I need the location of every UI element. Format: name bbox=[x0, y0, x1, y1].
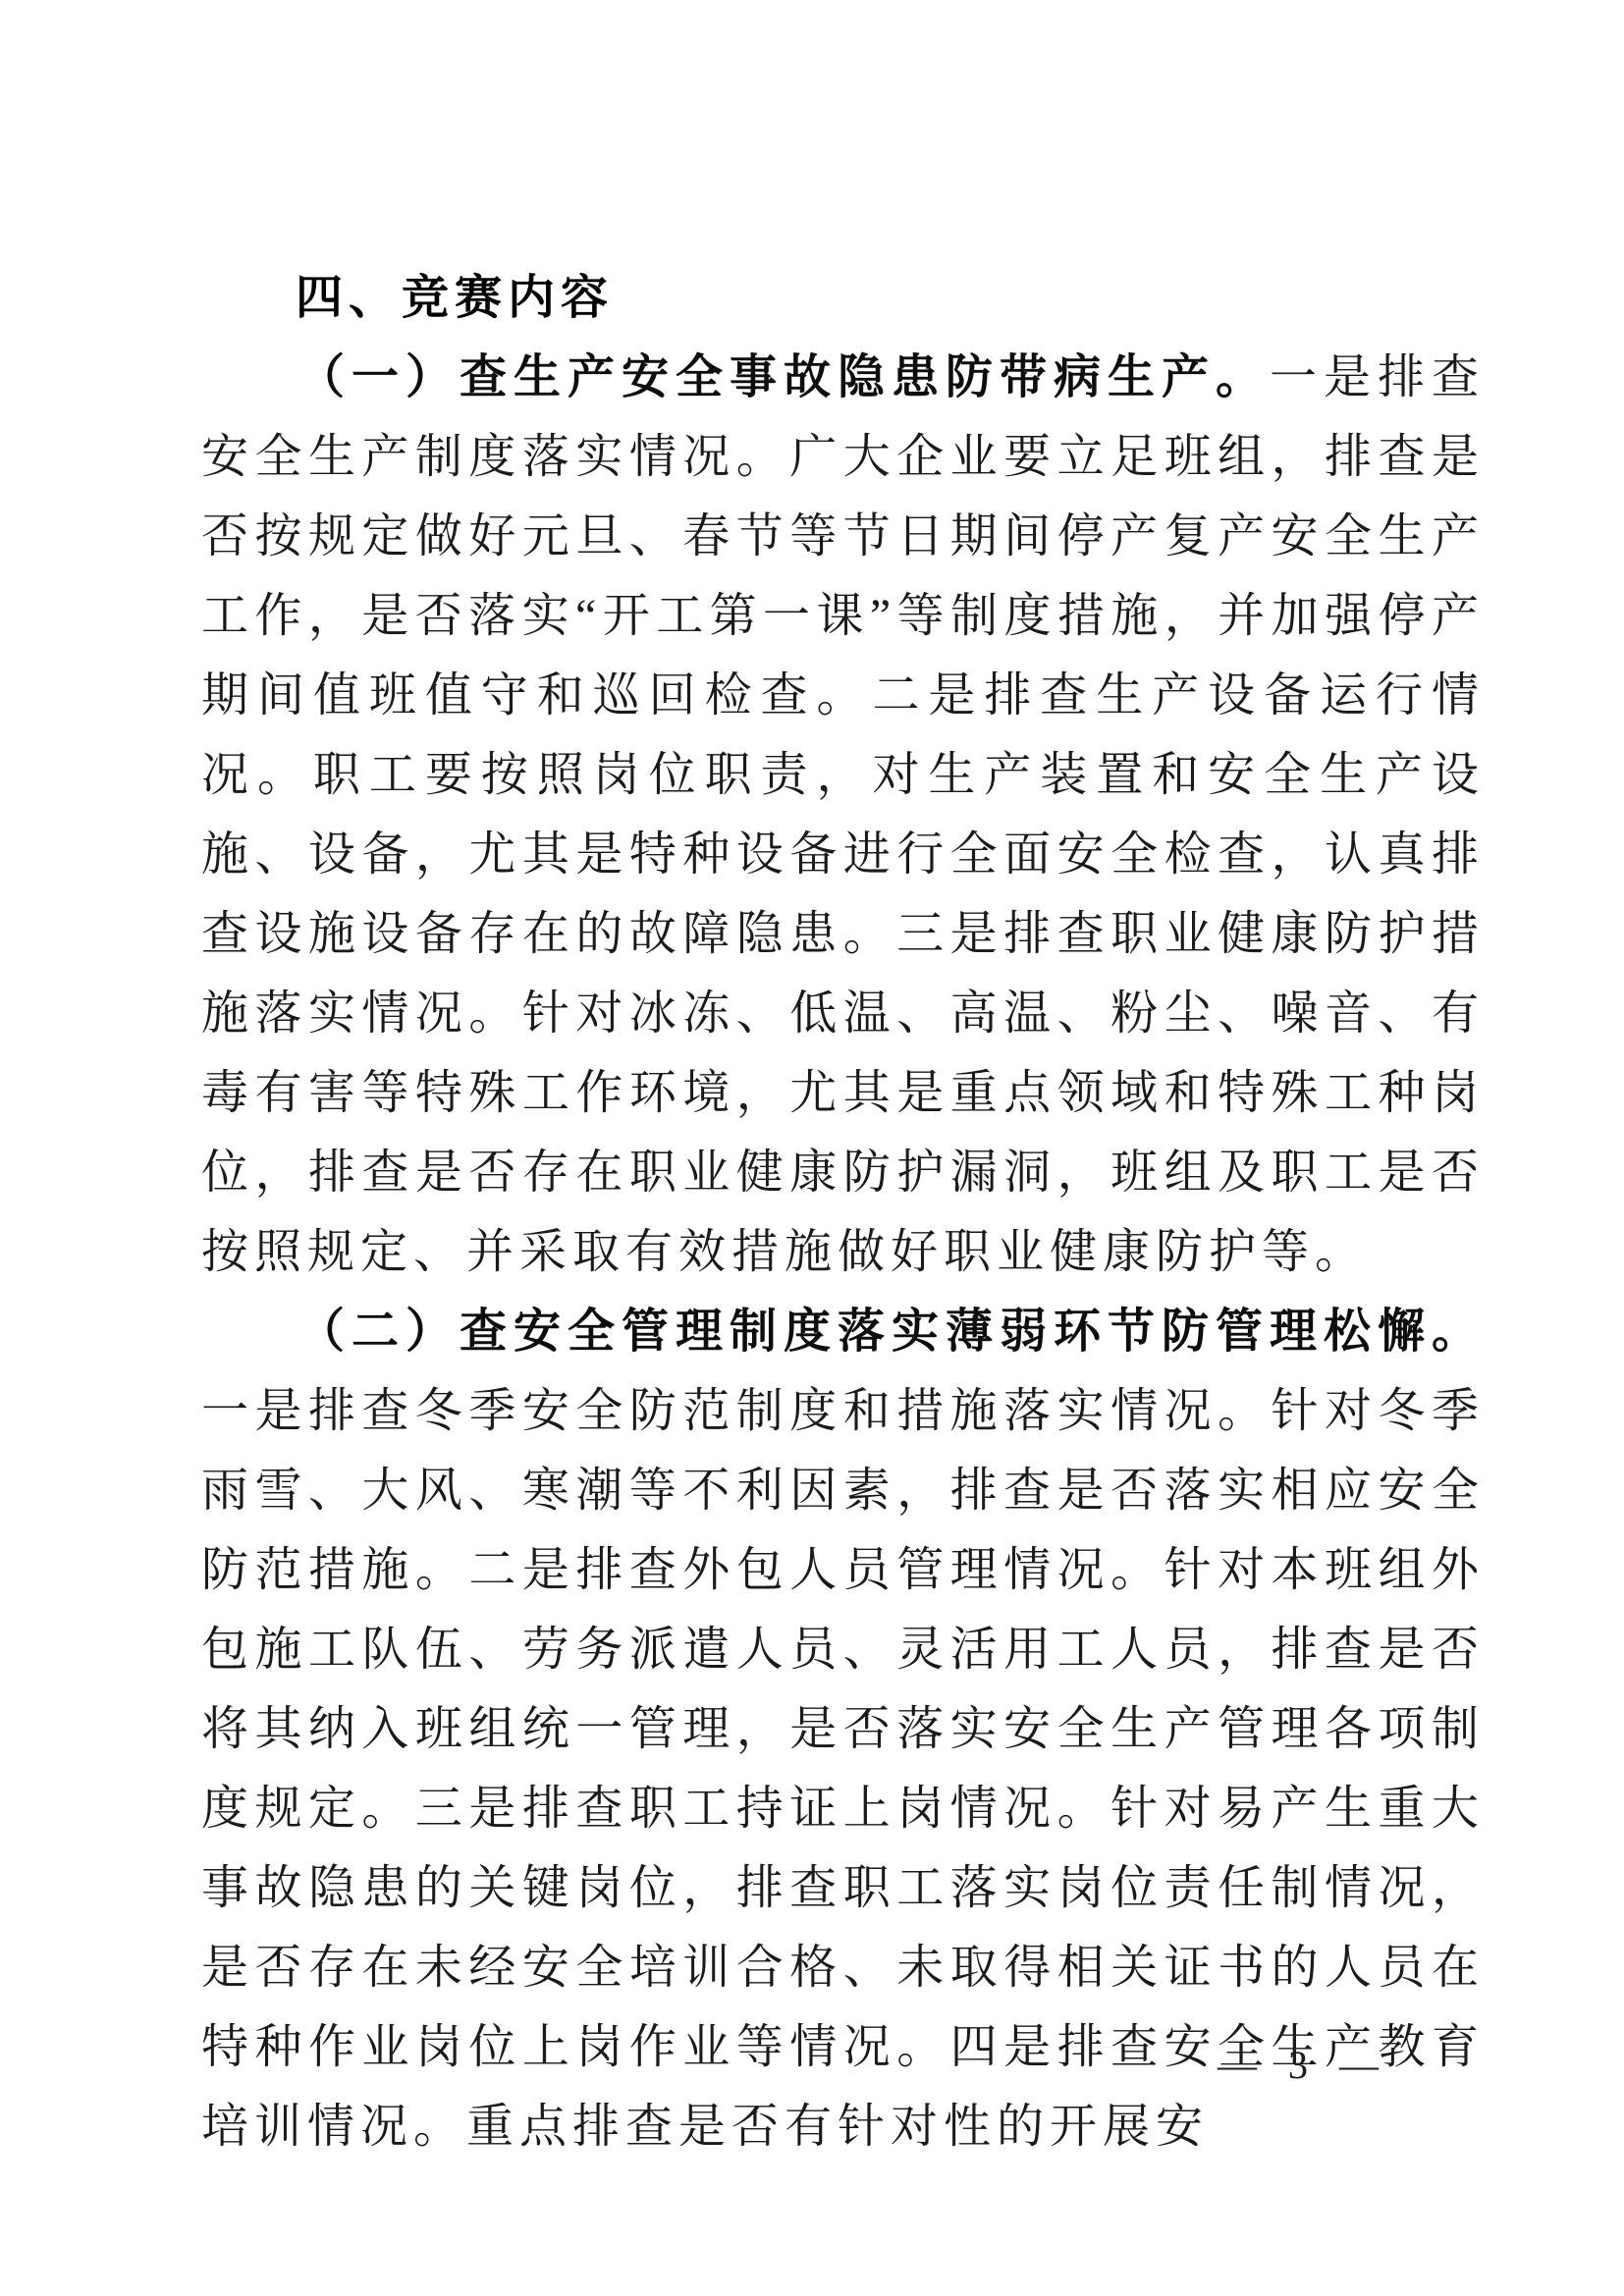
paragraph-2-text: 一是排查冬季安全防范制度和措施落实情况。针对冬季雨雪、大风、寒潮等不利因素，排查… bbox=[201, 1385, 1485, 2153]
section-heading: 四、竞赛内容 bbox=[201, 258, 1485, 338]
paragraph-1-text: 一是排查安全生产制度落实情况。广大企业要立足班组，排查是否按规定做好元旦、春节等… bbox=[201, 351, 1485, 1278]
paragraph-2: （二）查安全管理制度落实薄弱环节防管理松懈。一是排查冬季安全防范制度和措施落实情… bbox=[201, 1292, 1485, 2166]
paragraph-2-lead: （二）查安全管理制度落实薄弱环节防管理松懈。 bbox=[298, 1306, 1485, 1358]
paragraph-1-lead: （一）查生产安全事故隐患防带病生产。 bbox=[298, 351, 1270, 403]
document-page: 四、竞赛内容 （一）查生产安全事故隐患防带病生产。一是排查安全生产制度落实情况。… bbox=[0, 0, 1624, 2296]
paragraph-1: （一）查生产安全事故隐患防带病生产。一是排查安全生产制度落实情况。广大企业要立足… bbox=[201, 338, 1485, 1292]
document-body: 四、竞赛内容 （一）查生产安全事故隐患防带病生产。一是排查安全生产制度落实情况。… bbox=[201, 258, 1485, 2166]
page-number: — 3 — bbox=[1218, 2044, 1380, 2087]
